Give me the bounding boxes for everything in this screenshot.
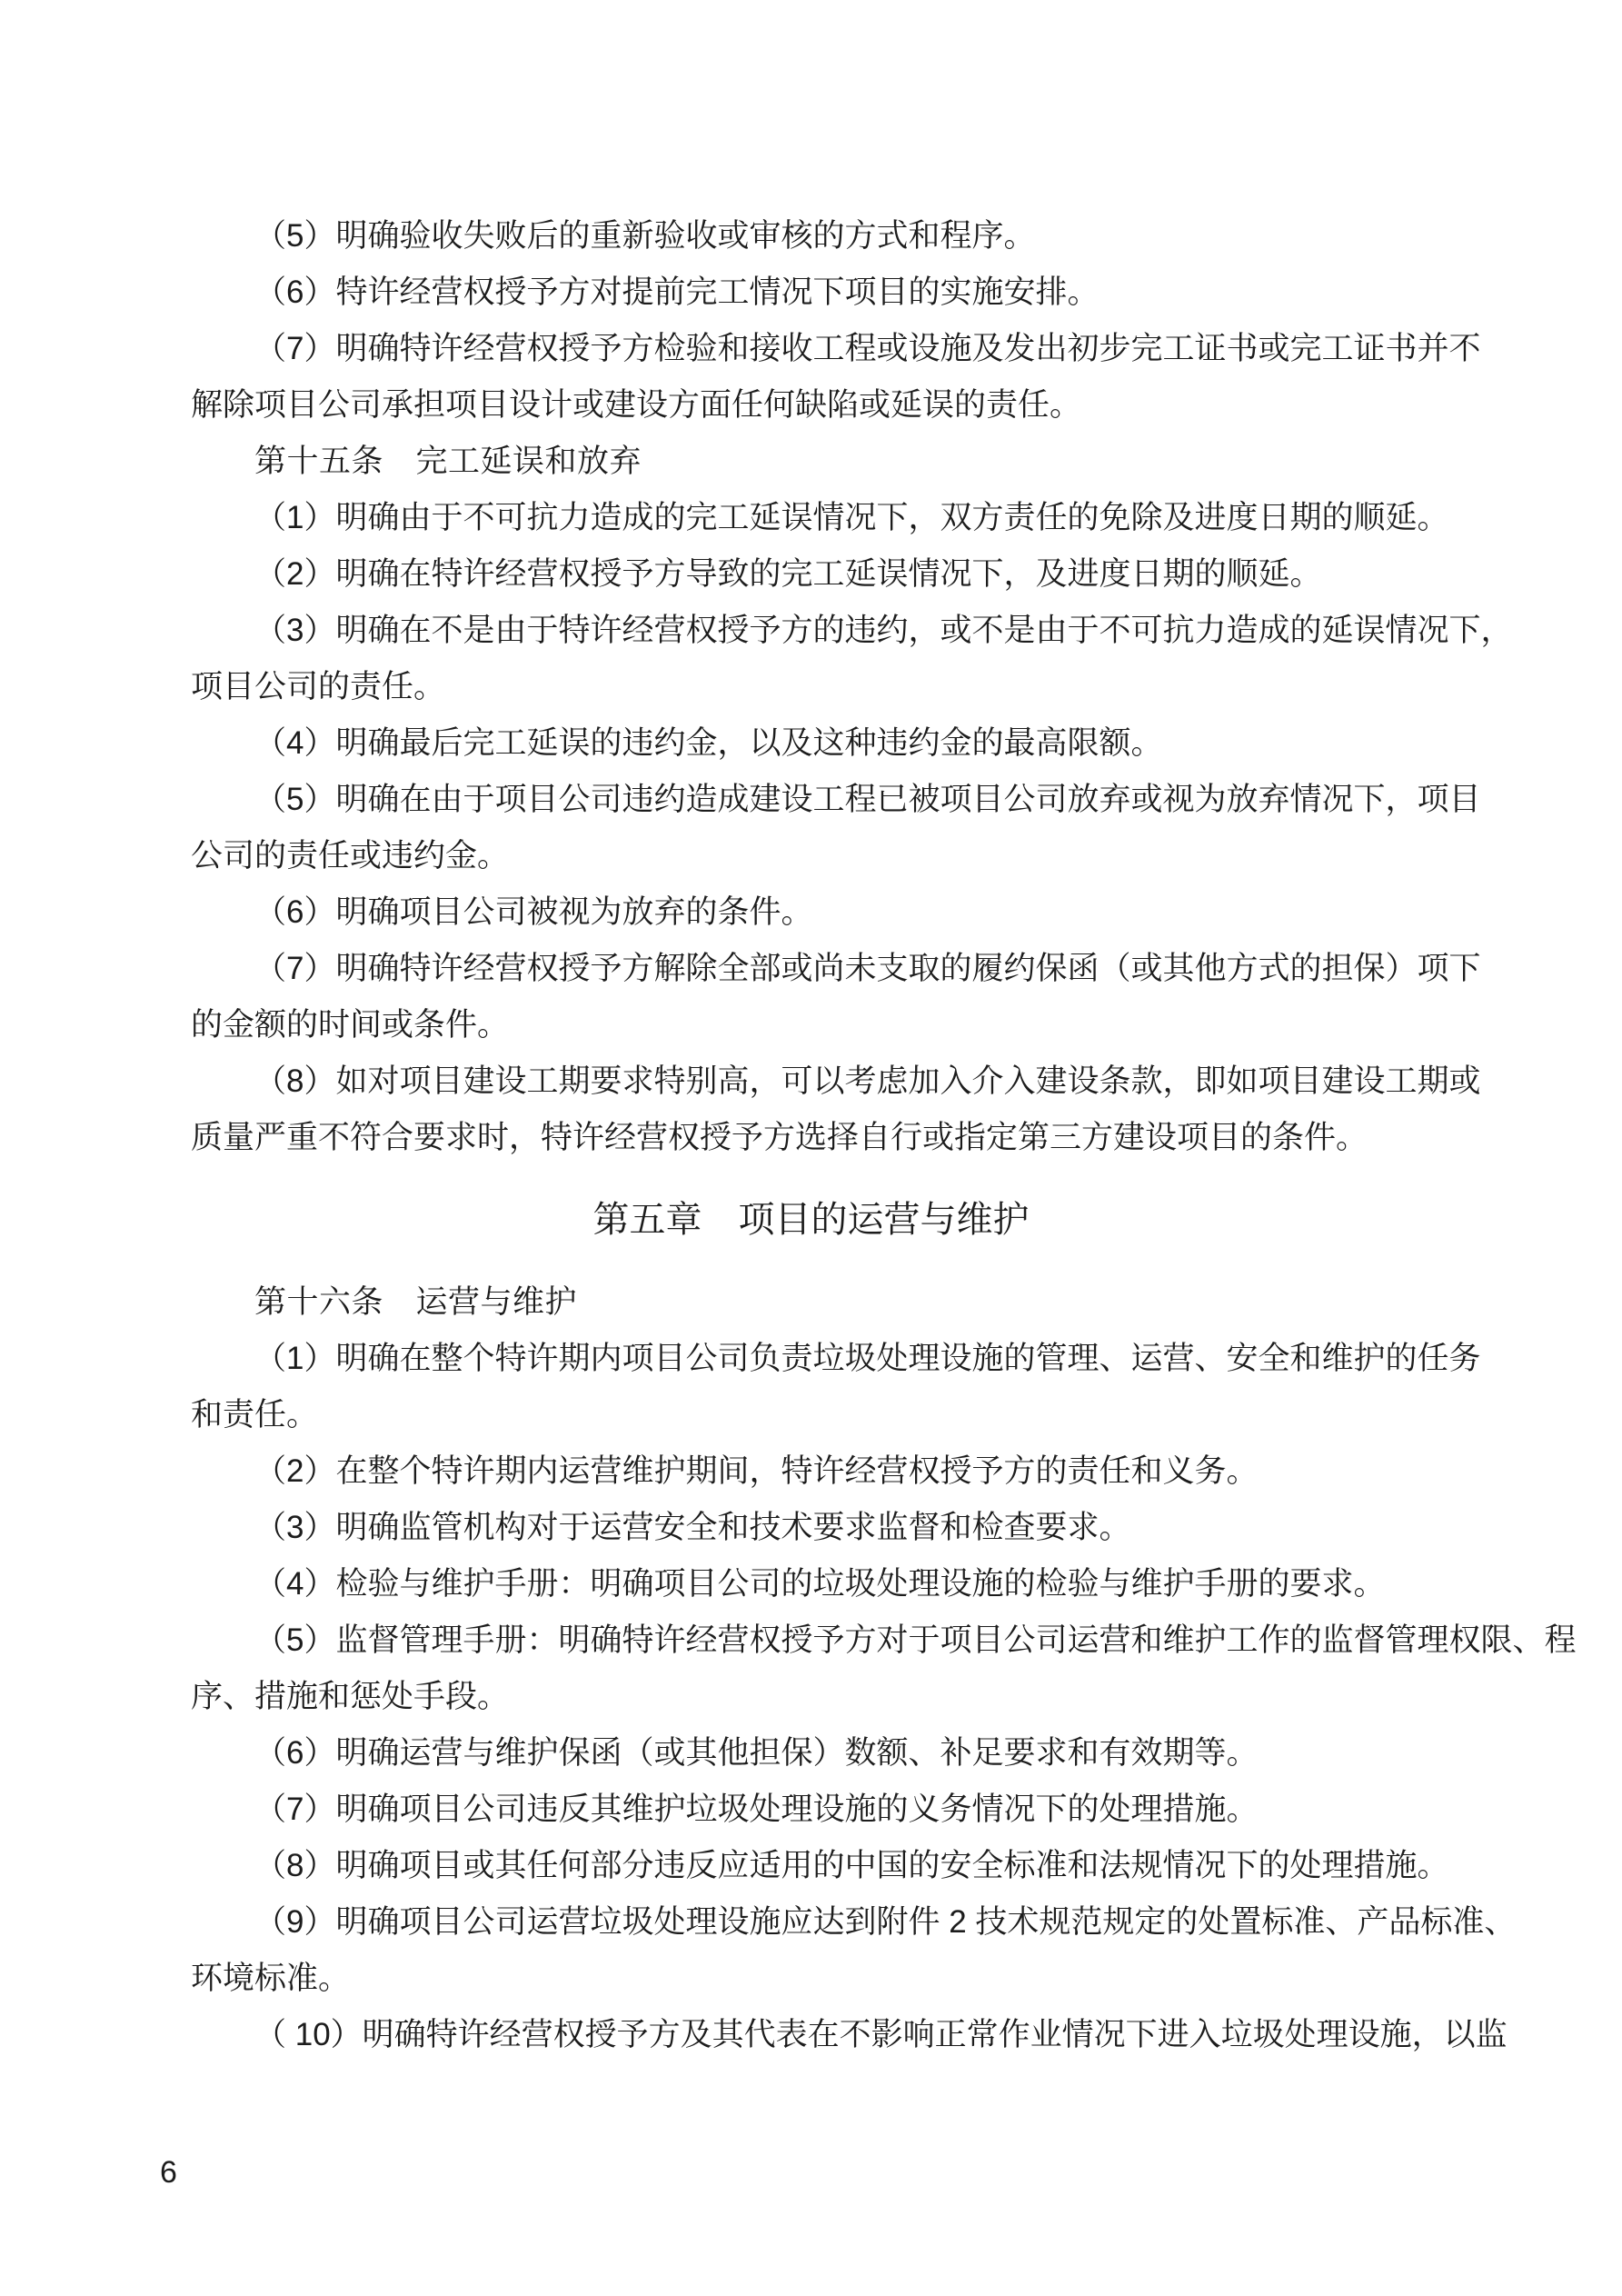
document-line: （7）明确特许经营权授予方检验和接收工程或设施及发出初步完工证书或完工证书并不 [191,321,1431,377]
document-line: 质量严重不符合要求时，特许经营权授予方选择自行或指定第三方建设项目的条件。 [191,1110,1431,1166]
document-line: 项目公司的责任。 [191,659,1431,715]
document-page: （5）明确验收失败后的重新验收或审核的方式和程序。 （6）特许经营权授予方对提前… [0,0,1622,2296]
chapter-heading: 第五章 项目的运营与维护 [191,1192,1431,1248]
document-line: 环境标准。 [191,1951,1431,2007]
document-line: （4）明确最后完工延误的违约金，以及这种违约金的最高限额。 [191,715,1431,772]
document-line: （5）监督管理手册：明确特许经营权授予方对于项目公司运营和维护工作的监督管理权限… [191,1612,1431,1669]
document-line: 解除项目公司承担项目设计或建设方面任何缺陷或延误的责任。 [191,377,1431,434]
document-line: （1）明确在整个特许期内项目公司负责垃圾处理设施的管理、运营、安全和维护的任务 [191,1331,1431,1387]
section-heading: 第十五条 完工延误和放弃 [191,434,1431,490]
document-line: （8）明确项目或其任何部分违反应适用的中国的安全标准和法规情况下的处理措施。 [191,1838,1431,1894]
document-line: （6）特许经营权授予方对提前完工情况下项目的实施安排。 [191,265,1431,321]
section-heading: 第十六条 运营与维护 [191,1274,1431,1331]
document-line: （6）明确运营与维护保函（或其他担保）数额、补足要求和有效期等。 [191,1725,1431,1782]
document-line: （7）明确项目公司违反其维护垃圾处理设施的义务情况下的处理措施。 [191,1782,1431,1838]
document-line: （5）明确验收失败后的重新验收或审核的方式和程序。 [191,208,1431,265]
document-line: （3）明确在不是由于特许经营权授予方的违约，或不是由于不可抗力造成的延误情况下， [191,603,1431,659]
document-line: 和责任。 [191,1387,1431,1443]
document-line: （8）如对项目建设工期要求特别高，可以考虑加入介入建设条款，即如项目建设工期或 [191,1053,1431,1110]
document-line: （1）明确由于不可抗力造成的完工延误情况下，双方责任的免除及进度日期的顺延。 [191,490,1431,546]
document-line: （6）明确项目公司被视为放弃的条件。 [191,884,1431,941]
document-body: （5）明确验收失败后的重新验收或审核的方式和程序。 （6）特许经营权授予方对提前… [191,208,1431,2063]
document-line: （2）明确在特许经营权授予方导致的完工延误情况下，及进度日期的顺延。 [191,546,1431,603]
page-number: 6 [160,2147,177,2198]
document-line: （5）明确在由于项目公司违约造成建设工程已被项目公司放弃或视为放弃情况下，项目 [191,772,1431,828]
document-line: （4）检验与维护手册：明确项目公司的垃圾处理设施的检验与维护手册的要求。 [191,1556,1431,1612]
document-line: （2）在整个特许期内运营维护期间，特许经营权授予方的责任和义务。 [191,1443,1431,1500]
document-line: （3）明确监管机构对于运营安全和技术要求监督和检查要求。 [191,1500,1431,1556]
document-line: （7）明确特许经营权授予方解除全部或尚未支取的履约保函（或其他方式的担保）项下 [191,941,1431,997]
document-line: （ 10）明确特许经营权授予方及其代表在不影响正常作业情况下进入垃圾处理设施，以… [191,2007,1431,2063]
document-line: （9）明确项目公司运营垃圾处理设施应达到附件 2 技术规范规定的处置标准、产品标… [191,1894,1431,1951]
document-line: 的金额的时间或条件。 [191,997,1431,1053]
document-line: 公司的责任或违约金。 [191,828,1431,884]
document-line: 序、措施和惩处手段。 [191,1669,1431,1725]
